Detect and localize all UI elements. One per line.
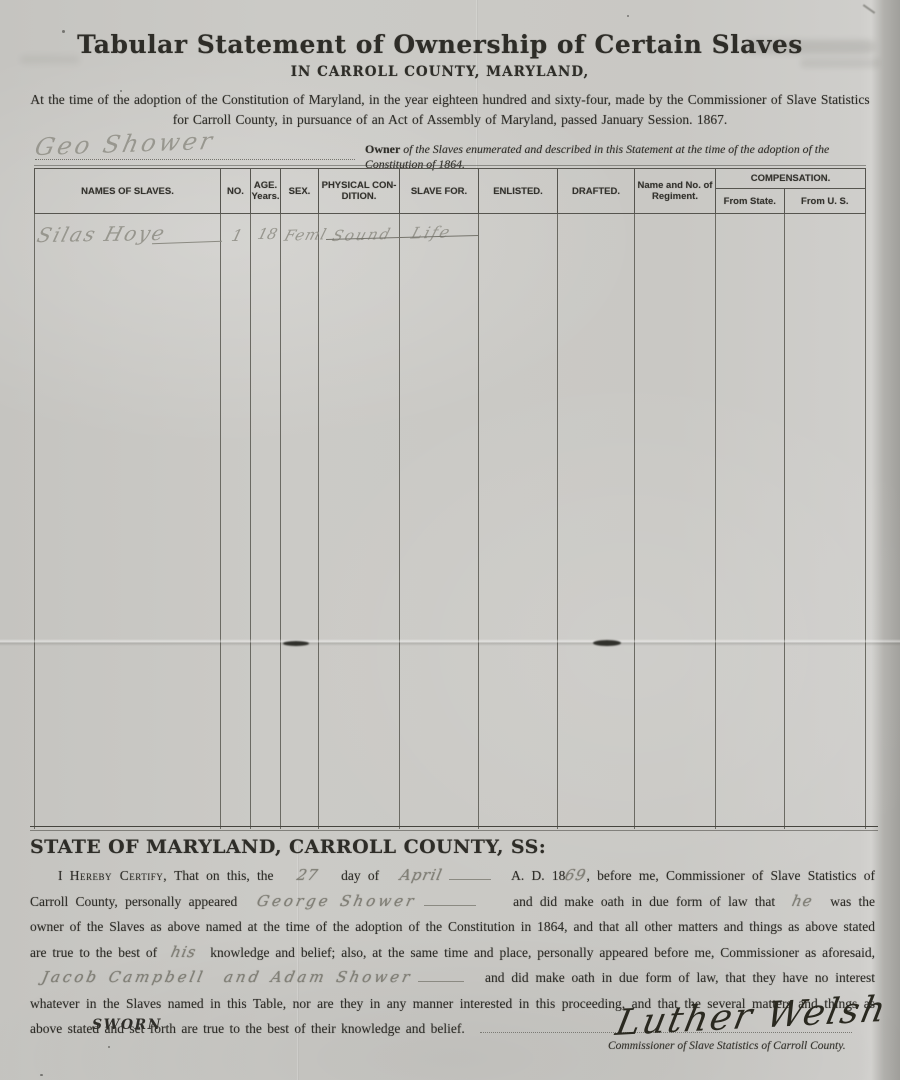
table-top-rule xyxy=(34,165,866,166)
speck xyxy=(627,15,629,17)
table-row-physical-condition: Sound xyxy=(330,225,394,245)
preamble: At the time of the adoption of the Const… xyxy=(10,90,890,130)
cert-intro-i: I xyxy=(58,868,63,883)
flourish-line xyxy=(424,905,476,906)
table-header-row: NAMES OF SLAVES. NO. AGE. Years. SEX. PH… xyxy=(34,168,866,214)
cert-oath1: and did make oath in due form of law tha… xyxy=(513,894,775,909)
hw-year: 69 xyxy=(563,863,590,889)
preamble-line-1: At the time of the adoption of the Const… xyxy=(10,90,890,110)
column-header-compensation: COMPENSATION. From State. From U. S. xyxy=(716,169,866,213)
body-column-sex xyxy=(281,214,319,829)
hw-month: April xyxy=(398,863,446,889)
column-header-names: NAMES OF SLAVES. xyxy=(34,169,221,213)
fold-crease xyxy=(0,639,900,646)
body-column-comp-us xyxy=(785,214,866,829)
table-row-slave-for: Life xyxy=(409,222,454,242)
cert-ad: A. D. 18 xyxy=(511,868,565,883)
column-header-regiment: Name and No. of Regiment. xyxy=(635,169,716,213)
crease-mark xyxy=(283,641,309,646)
cert-belief: knowledge and belief; also, at the same … xyxy=(210,945,875,960)
sworn-label: SWORN xyxy=(92,1017,162,1033)
hw-witness-2: and Adam Shower xyxy=(221,965,415,991)
compensation-header: COMPENSATION. xyxy=(716,169,865,189)
body-column-drafted xyxy=(558,214,635,829)
cert-on-this: That on this, the xyxy=(174,868,273,883)
column-header-sex: SEX. xyxy=(281,169,319,213)
speck xyxy=(108,1046,110,1048)
table-body xyxy=(34,214,866,829)
owner-name-handwritten: Geo Shower xyxy=(32,127,217,161)
column-header-slave-for: SLAVE FOR. xyxy=(400,169,479,213)
hw-witness-1: Jacob Campbell xyxy=(39,965,207,991)
column-header-physical-condition: PHYSICAL CON- DITION. xyxy=(319,169,400,213)
preamble-line-2: for Carroll County, in pursuance of an A… xyxy=(10,110,890,130)
crease-mark xyxy=(593,640,621,646)
compensation-sub-from-state: From State. xyxy=(716,189,785,213)
column-header-drafted: DRAFTED. xyxy=(558,169,635,213)
compensation-sub-from-us: From U. S. xyxy=(785,189,865,213)
column-header-age: AGE. Years. xyxy=(251,169,281,213)
owner-caption-rest: of the Slaves enumerated and described i… xyxy=(365,142,829,171)
signature-caption: Commissioner of Slave Statistics of Carr… xyxy=(608,1040,846,1052)
body-column-physical-condition xyxy=(319,214,400,829)
column-header-no: NO. xyxy=(221,169,251,213)
hw-his: his xyxy=(168,940,199,966)
body-column-comp-state xyxy=(716,214,785,829)
table-row-name: Silas Hoye xyxy=(34,221,169,247)
body-column-regiment xyxy=(635,214,716,829)
page-title: Tabular Statement of Ownership of Certai… xyxy=(0,30,880,59)
table-row-sex: Feml xyxy=(282,225,329,244)
owner-underline xyxy=(35,159,355,160)
body-column-age xyxy=(251,214,281,829)
body-column-no xyxy=(221,214,251,829)
document-page: Tabular Statement of Ownership of Certai… xyxy=(0,0,900,1080)
owner-caption-lead: Owner xyxy=(365,142,400,156)
table-bottom-rule xyxy=(30,826,878,831)
corner-scribble xyxy=(863,4,876,14)
body-column-names xyxy=(34,214,221,829)
cert-day-of: day of xyxy=(341,868,379,883)
body-column-enlisted xyxy=(479,214,558,829)
body-column-slave-for xyxy=(400,214,479,829)
flourish-line xyxy=(418,981,464,982)
hw-appeared-name: George Shower xyxy=(254,889,419,915)
page-subtitle: IN CARROLL COUNTY, MARYLAND, xyxy=(0,64,880,80)
speck xyxy=(40,1074,43,1076)
cert-intro-smallcaps: Hereby Certify, xyxy=(70,868,167,883)
slave-statement-table: NAMES OF SLAVES. NO. AGE. Years. SEX. PH… xyxy=(34,168,866,829)
hw-day: 27 xyxy=(294,863,321,889)
hw-pronoun: he xyxy=(790,889,816,915)
flourish-line xyxy=(449,879,491,880)
certification-heading: STATE OF MARYLAND, CARROLL COUNTY, SS: xyxy=(30,836,546,858)
column-header-enlisted: ENLISTED. xyxy=(479,169,558,213)
